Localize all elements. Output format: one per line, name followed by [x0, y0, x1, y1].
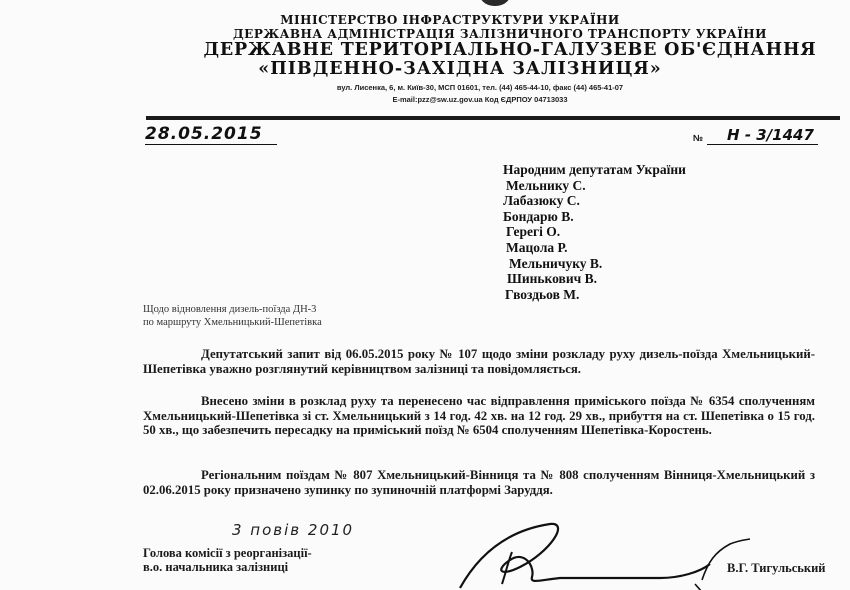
scanned-letter: МІНІСТЕРСТВО ІНФРАСТРУКТУРИ УКРАЇНИ ДЕРЖ…: [0, 0, 850, 590]
letterhead-railway: «ПІВДЕННО-ЗАХІДНА ЗАЛІЗНИЦЯ»: [170, 59, 750, 79]
subject-line: по маршруту Хмельницький-Шепетівка: [143, 316, 322, 329]
signer-position: Голова комісії з реорганізації- в.о. нач…: [143, 546, 312, 574]
subject-block: Щодо відновлення дизель-поїзда ДН-3 по м…: [143, 303, 322, 329]
recipient-name: Лабазюку С.: [503, 193, 686, 209]
number-label: №: [693, 133, 703, 143]
body-paragraph: Внесено зміни в розклад руху та перенесе…: [143, 394, 815, 438]
recipient-name: Герегі О.: [503, 224, 686, 240]
position-line: в.о. начальника залізниці: [143, 560, 312, 574]
recipient-name: Мацола Р.: [503, 240, 686, 256]
body-paragraph: Регіональним поїздам № 807 Хмельницький-…: [143, 468, 815, 497]
letterhead-ministry: МІНІСТЕРСТВО ІНФРАСТРУКТУРИ УКРАЇНИ: [170, 13, 730, 27]
letterhead-address: вул. Лисенка, 6, м. Київ-30, МСП 01601, …: [240, 83, 720, 92]
handwritten-signature: [440, 522, 780, 590]
letterhead-association: ДЕРЖАВНЕ ТЕРИТОРІАЛЬНО-ГАЛУЗЕВЕ ОБ'ЄДНАН…: [165, 40, 850, 60]
coat-of-arms-emblem: [478, 0, 512, 6]
recipient-name: Бондарю В.: [503, 209, 686, 225]
subject-line: Щодо відновлення дизель-поїзда ДН-3: [143, 303, 322, 316]
letterhead-administration: ДЕРЖАВНА АДМІНІСТРАЦІЯ ЗАЛІЗНИЧНОГО ТРАН…: [160, 27, 840, 41]
letter-date: 28.05.2015: [145, 124, 277, 145]
handwritten-note: 3 повів 2010: [232, 521, 354, 539]
recipients-block: Народним депутатам України Мельнику С. Л…: [503, 162, 686, 302]
recipient-name: Гвоздьов М.: [503, 287, 686, 303]
body-paragraph: Депутатський запит від 06.05.2015 року №…: [143, 347, 815, 376]
number-value: Н - 3/1447: [707, 126, 818, 145]
letter-number: № Н - 3/1447: [693, 126, 818, 145]
letterhead-contact: E-mail:pzz@sw.uz.gov.ua Код ЄДРПОУ 04713…: [240, 95, 720, 104]
signer-name: В.Г. Тигульський: [727, 561, 826, 576]
header-divider: [146, 116, 840, 120]
recipient-name: Мельнику С.: [503, 178, 686, 194]
recipient-name: Мельничуку В.: [503, 256, 686, 272]
position-line: Голова комісії з реорганізації-: [143, 546, 312, 560]
recipients-heading: Народним депутатам України: [503, 162, 686, 178]
recipient-name: Шинькович В.: [503, 271, 686, 287]
